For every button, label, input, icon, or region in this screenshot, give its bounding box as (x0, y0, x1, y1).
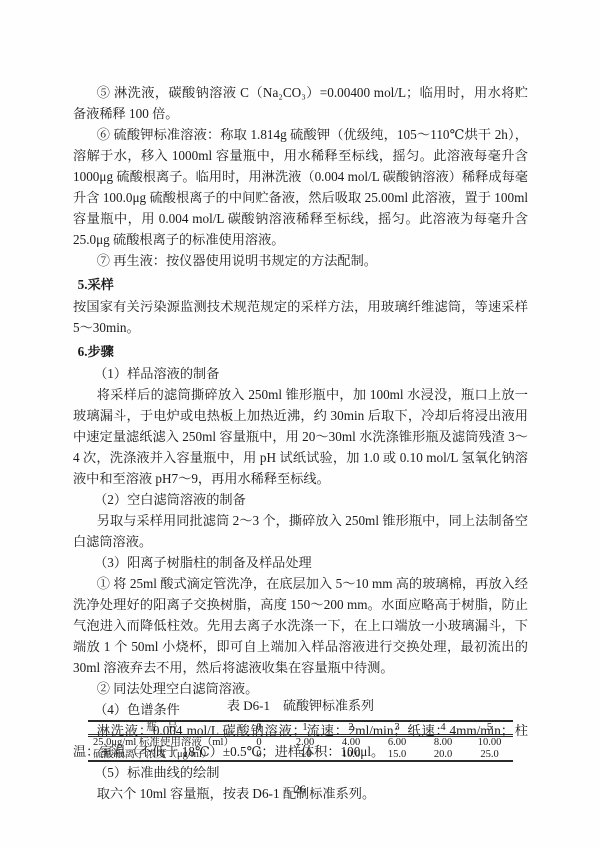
document-page: ⑤ 淋洗液，碳酸钠溶液 C（Na₂CO₃）=0.00400 mol/L；临用时，… (0, 0, 600, 848)
para-blank-filter-same-treatment: ② 同法处理空白滤筒溶液。 (73, 678, 528, 699)
table-row-label: 25.0μg/ml 标准使用溶液（ml） (88, 736, 236, 749)
table-cell: 4.00 (328, 736, 374, 749)
table-header-cell: 3 (374, 721, 420, 736)
heading-sampling: 5.采样 (73, 274, 528, 295)
table-header-row: 瓶 号 0 1 2 3 4 5 (88, 721, 513, 736)
table-cell: 25.0 (466, 749, 513, 762)
table-caption: 表 D6-1 硫酸钾标准系列 (73, 699, 528, 713)
table-header-cell: 5 (466, 721, 513, 736)
table-cell: 10.0 (328, 749, 374, 762)
table-cell: 15.0 (374, 749, 420, 762)
para-cation-resin-column-preparation: ① 将 25ml 酸式滴定管洗净，在底层加入 5～10 mm 高的玻璃棉，再放入… (73, 573, 528, 678)
heading-procedure: 6.步骤 (73, 341, 528, 362)
table-cell: 2.00 (282, 736, 328, 749)
table-cell: 8.00 (420, 736, 466, 749)
table-header-cell: 4 (420, 721, 466, 736)
para-blank-filter-solution: 另取与采样用同批滤筒 2～3 个，撕碎放入 250ml 锥形瓶中，同上法制备空白… (73, 510, 528, 552)
standard-series-table: 瓶 号 0 1 2 3 4 5 25.0μg/ml 标准使用溶液（ml） 0 2… (88, 720, 513, 762)
standard-series-table-block: 表 D6-1 硫酸钾标准系列 瓶 号 0 1 2 3 4 5 (73, 699, 528, 762)
table-cell: 0 (236, 736, 282, 749)
subheading-sample-solution-preparation: （1）样品溶液的制备 (73, 363, 528, 384)
table-row-sulfate-concentration: 硫酸根离子浓度（μg/ml） 0 5.0 10.0 15.0 20.0 25.0 (88, 749, 513, 762)
para-sampling-method: 按国家有关污染源监测技术规范规定的采样方法，用玻璃纤维滤筒，等速采样 5～30m… (73, 296, 528, 338)
table-cell: 6.00 (374, 736, 420, 749)
table-header-cell: 0 (236, 721, 282, 736)
para-regenerant-solution: ⑦ 再生液：按仪器使用说明书规定的方法配制。 (73, 250, 528, 271)
subheading-cation-resin-column: （3）阳离子树脂柱的制备及样品处理 (73, 552, 528, 573)
table-cell: 10.00 (466, 736, 513, 749)
table-cell: 5.0 (282, 749, 328, 762)
table-row-label: 硫酸根离子浓度（μg/ml） (88, 749, 236, 762)
table-header-cell: 2 (328, 721, 374, 736)
subheading-standard-curve: （5）标准曲线的绘制 (73, 762, 528, 783)
table-cell: 0 (236, 749, 282, 762)
para-eluent-sodium-carbonate: ⑤ 淋洗液，碳酸钠溶液 C（Na₂CO₃）=0.00400 mol/L；临用时，… (73, 82, 528, 124)
table-header-bottle-number: 瓶 号 (88, 721, 236, 736)
para-potassium-sulfate-standard-solution: ⑥ 硫酸钾标准溶液：称取 1.814g 硫酸钾（优级纯，105～110℃烘干 2… (73, 124, 528, 250)
table-row-standard-solution-volume: 25.0μg/ml 标准使用溶液（ml） 0 2.00 4.00 6.00 8.… (88, 736, 513, 749)
table-header-cell: 1 (282, 721, 328, 736)
document-body-text: ⑤ 淋洗液，碳酸钠溶液 C（Na₂CO₃）=0.00400 mol/L；临用时，… (73, 82, 528, 804)
table-cell: 20.0 (420, 749, 466, 762)
subheading-blank-filter-solution: （2）空白滤筒溶液的制备 (73, 489, 528, 510)
para-sample-solution-preparation: 将采样后的滤筒撕碎放入 250ml 锥形瓶中，加 100ml 水浸没，瓶口上放一… (73, 384, 528, 489)
page-number: 26 (0, 783, 600, 797)
